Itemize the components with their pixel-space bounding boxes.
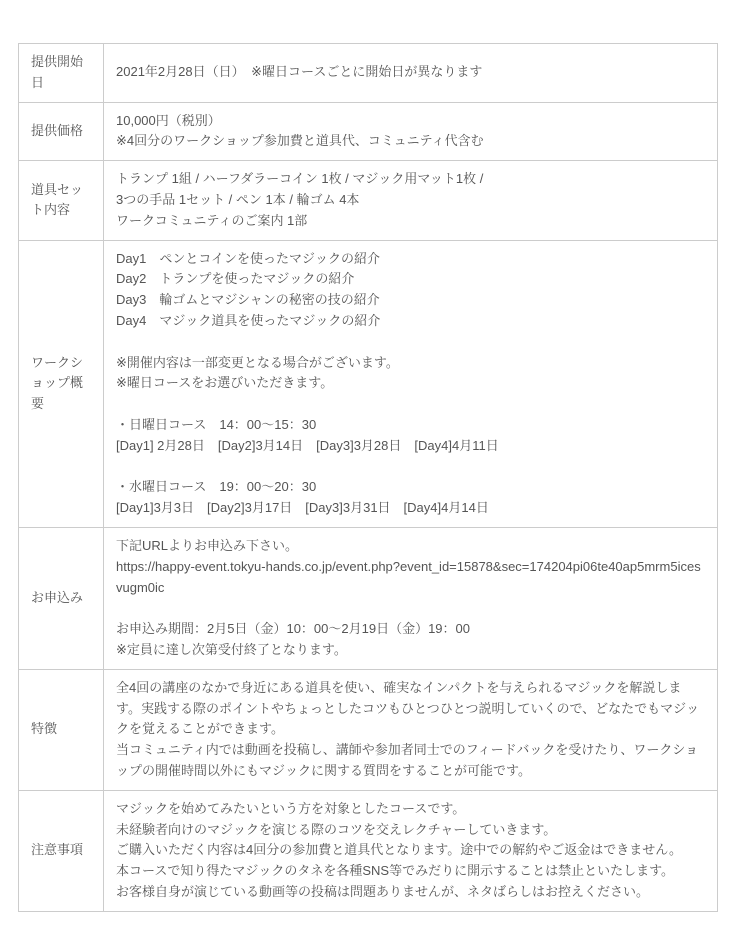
row-label: 注意事項: [19, 790, 104, 911]
row-content: 下記URLよりお申込み下さい。 https://happy-event.toky…: [104, 527, 718, 669]
application-intro: 下記URLよりお申込み下さい。: [116, 538, 298, 553]
row-content: Day1 ペンとコインを使ったマジックの紹介 Day2 トランプを使ったマジック…: [104, 240, 718, 527]
row-content: 10,000円（税別） ※4回分のワークショップ参加費と道具代、コミュニティ代含…: [104, 102, 718, 161]
row-content: 全4回の講座のなかで身近にある道具を使い、確実なインパクトを与えられるマジックを…: [104, 669, 718, 790]
product-info-table: 提供開始日 2021年2月28日（日） ※曜日コースごとに開始日が異なります 提…: [18, 43, 718, 912]
row-price: 提供価格 10,000円（税別） ※4回分のワークショップ参加費と道具代、コミュ…: [19, 102, 718, 161]
row-tool-set: 道具セット内容 トランプ 1組 / ハーフダラーコイン 1枚 / マジック用マッ…: [19, 161, 718, 240]
row-label: ワークショップ概要: [19, 240, 104, 527]
row-application: お申込み 下記URLよりお申込み下さい。 https://happy-event…: [19, 527, 718, 669]
application-url-text: https://happy-event.tokyu-hands.co.jp/ev…: [116, 559, 701, 595]
row-start-date: 提供開始日 2021年2月28日（日） ※曜日コースごとに開始日が異なります: [19, 44, 718, 103]
row-content: マジックを始めてみたいという方を対象としたコースです。 未経験者向けのマジックを…: [104, 790, 718, 911]
row-content: トランプ 1組 / ハーフダラーコイン 1枚 / マジック用マット1枚 / 3つ…: [104, 161, 718, 240]
row-label: 提供価格: [19, 102, 104, 161]
row-label: お申込み: [19, 527, 104, 669]
row-workshop-overview: ワークショップ概要 Day1 ペンとコインを使ったマジックの紹介 Day2 トラ…: [19, 240, 718, 527]
application-details: お申込み期間：2月5日（金）10：00～2月19日（金）19：00 ※定員に達し…: [116, 621, 470, 657]
row-label: 道具セット内容: [19, 161, 104, 240]
row-label: 特徴: [19, 669, 104, 790]
row-features: 特徴 全4回の講座のなかで身近にある道具を使い、確実なインパクトを与えられるマジ…: [19, 669, 718, 790]
row-label: 提供開始日: [19, 44, 104, 103]
page: 提供開始日 2021年2月28日（日） ※曜日コースごとに開始日が異なります 提…: [0, 0, 740, 950]
row-content: 2021年2月28日（日） ※曜日コースごとに開始日が異なります: [104, 44, 718, 103]
row-notes: 注意事項 マジックを始めてみたいという方を対象としたコースです。 未経験者向けの…: [19, 790, 718, 911]
